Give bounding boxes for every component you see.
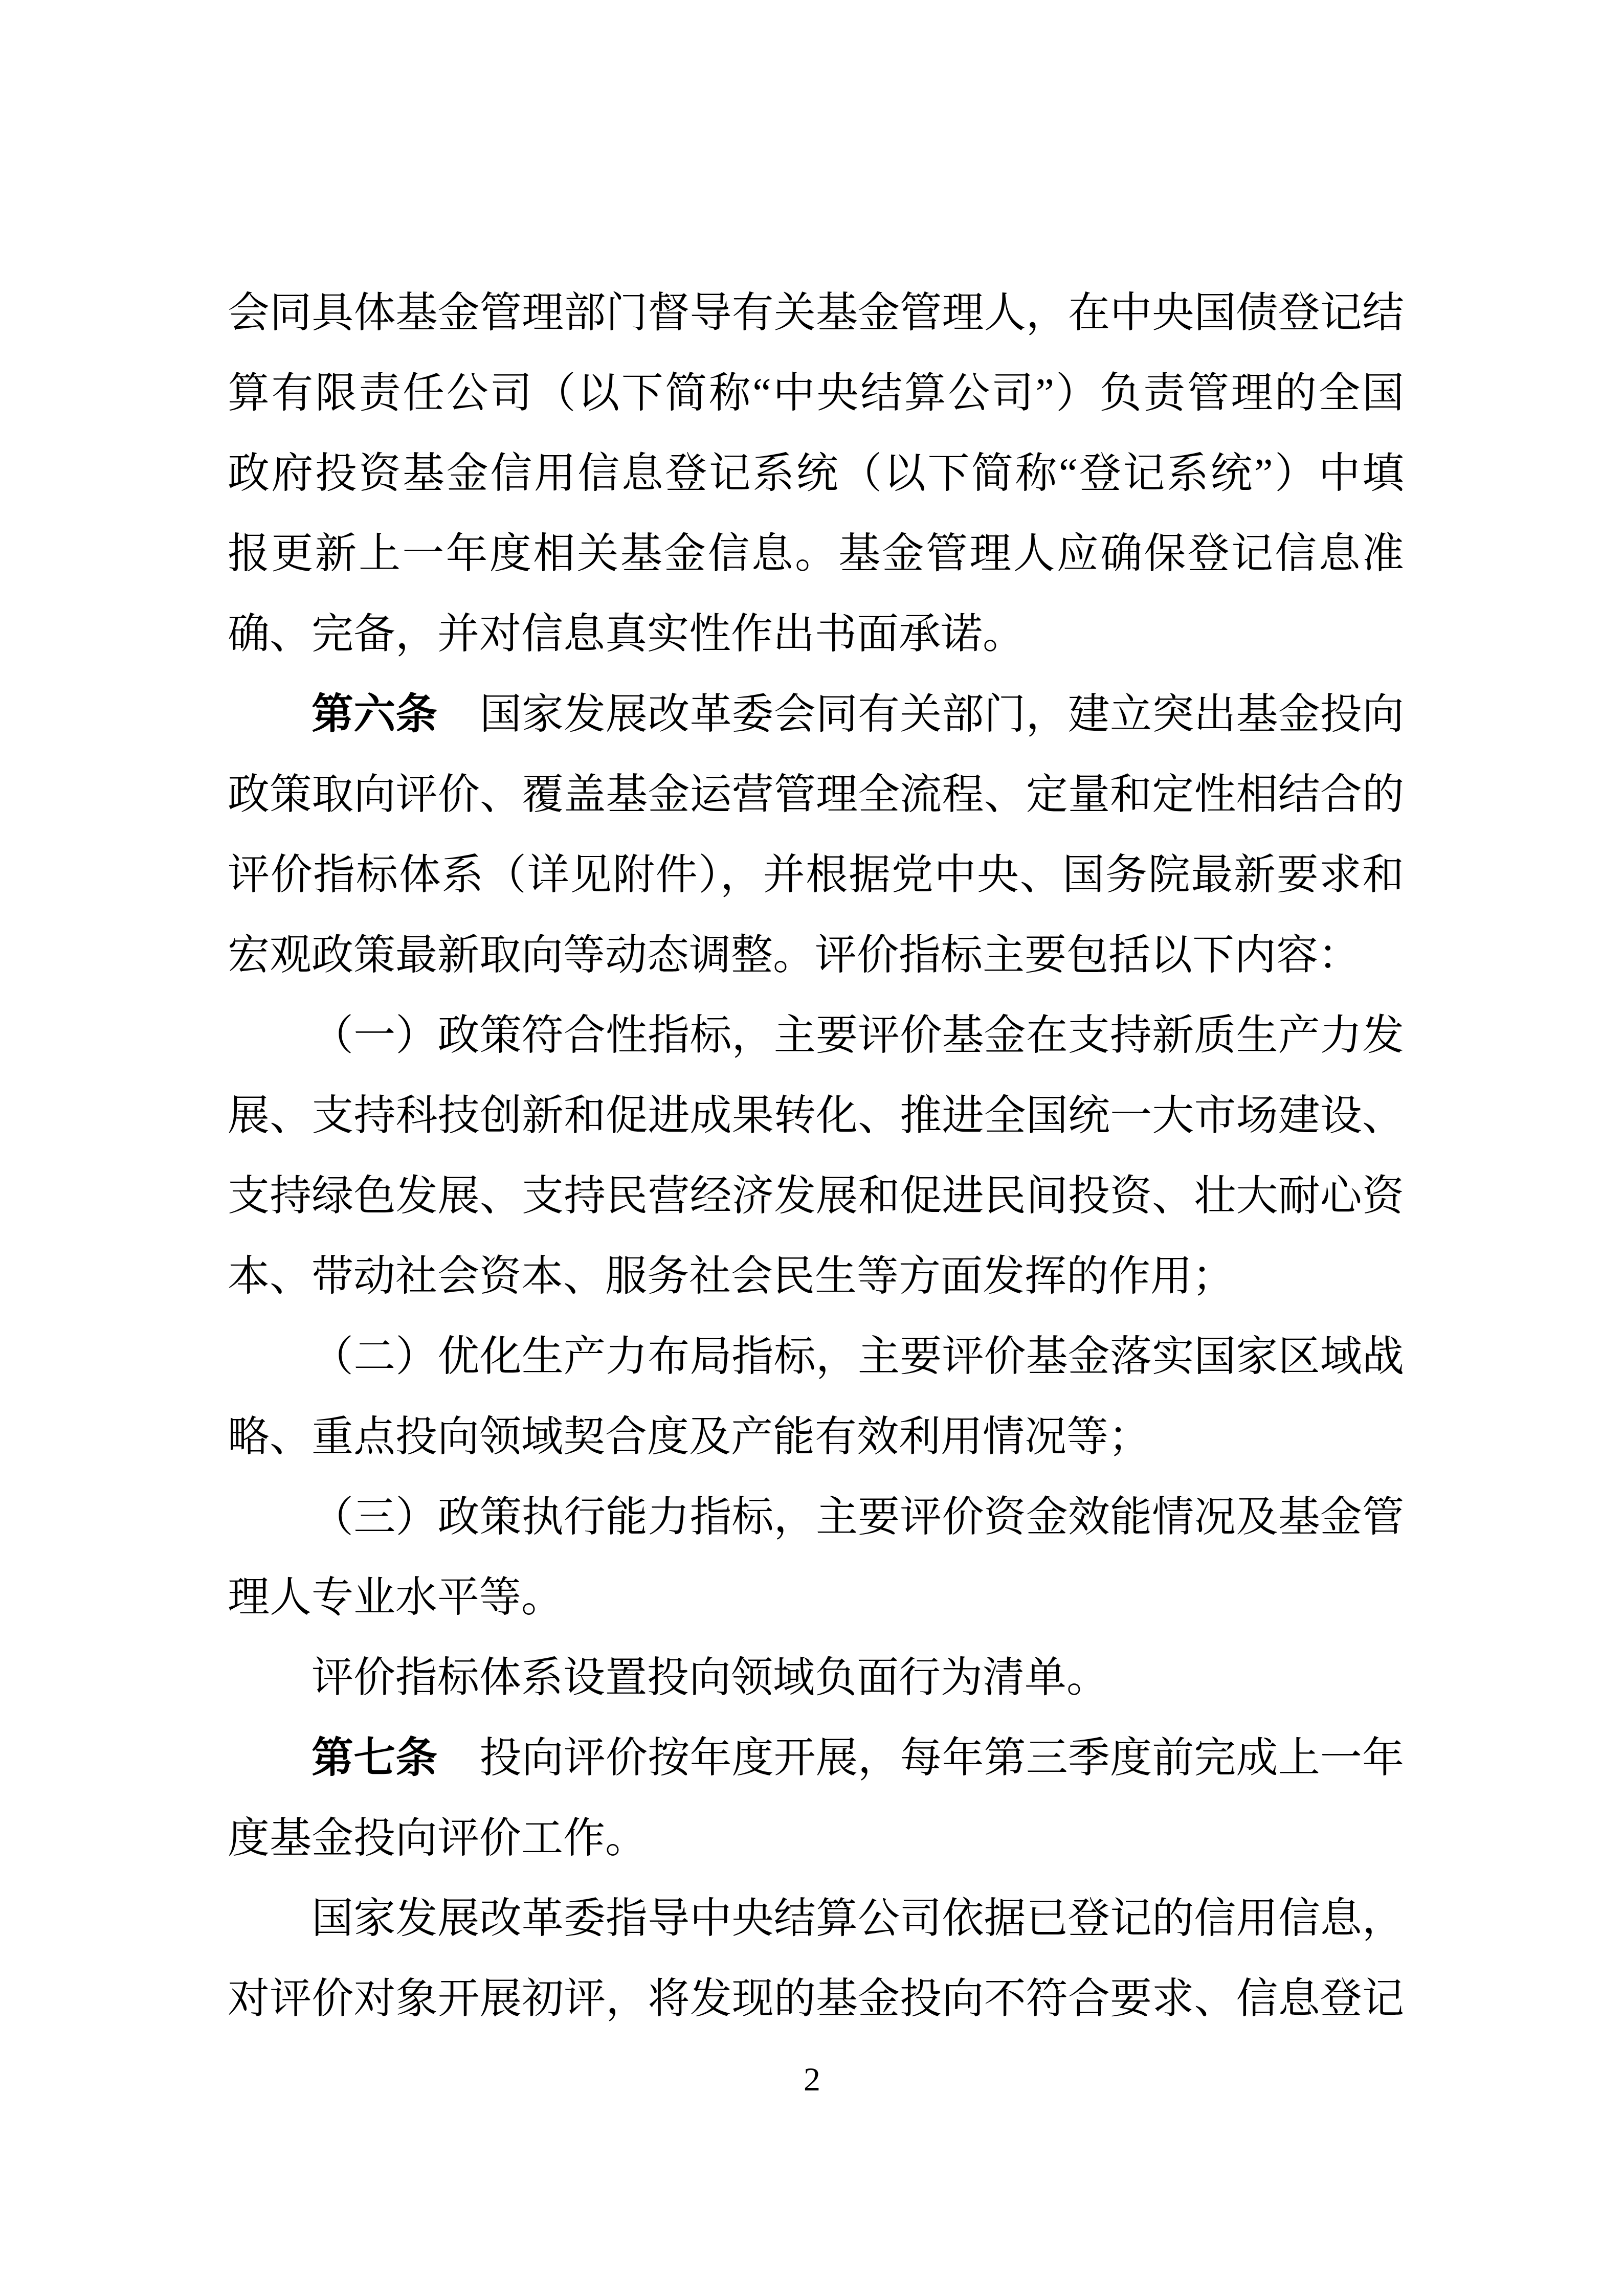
- text-line: 略、重点投向领域契合度及产能有效利用情况等；: [228, 1397, 1404, 1477]
- article-number: 第七条: [312, 1735, 437, 1781]
- body-text: 会同具体基金管理部门督导有关基金管理人，在中央国债登记结算有限责任公司（以下简称…: [228, 273, 1404, 2039]
- text-line: 宏观政策最新取向等动态调整。评价指标主要包括以下内容：: [228, 915, 1404, 995]
- page-number: 2: [0, 2062, 1624, 2098]
- text-line: 政策取向评价、覆盖基金运营管理全流程、定量和定性相结合的: [228, 754, 1404, 835]
- article-number: 第六条: [312, 691, 437, 737]
- text-line: （一）政策符合性指标，主要评价基金在支持新质生产力发: [228, 995, 1404, 1075]
- text-line: 第七条 投向评价按年度开展，每年第三季度前完成上一年: [228, 1718, 1404, 1798]
- text-line: 展、支持科技创新和促进成果转化、推进全国统一大市场建设、: [228, 1075, 1404, 1156]
- text-line: 理人专业水平等。: [228, 1557, 1404, 1637]
- text-line: 报更新上一年度相关基金信息。基金管理人应确保登记信息准: [228, 513, 1404, 594]
- text-line: 会同具体基金管理部门督导有关基金管理人，在中央国债登记结: [228, 273, 1404, 353]
- document-page: 会同具体基金管理部门督导有关基金管理人，在中央国债登记结算有限责任公司（以下简称…: [0, 0, 1624, 2296]
- text-line: 评价指标体系设置投向领域负面行为清单。: [228, 1637, 1404, 1718]
- text-line: 确、完备，并对信息真实性作出书面承诺。: [228, 594, 1404, 674]
- text-line: 支持绿色发展、支持民营经济发展和促进民间投资、壮大耐心资: [228, 1156, 1404, 1236]
- text-line: （二）优化生产力布局指标，主要评价基金落实国家区域战: [228, 1316, 1404, 1397]
- text-line: 本、带动社会资本、服务社会民生等方面发挥的作用；: [228, 1236, 1404, 1316]
- text-line: （三）政策执行能力指标，主要评价资金效能情况及基金管: [228, 1477, 1404, 1557]
- text-line: 第六条 国家发展改革委会同有关部门，建立突出基金投向: [228, 674, 1404, 754]
- text-line: 算有限责任公司（以下简称“中央结算公司”）负责管理的全国: [228, 353, 1404, 433]
- text-line: 评价指标体系（详见附件），并根据党中央、国务院最新要求和: [228, 835, 1404, 915]
- text-line: 对评价对象开展初评，将发现的基金投向不符合要求、信息登记: [228, 1959, 1404, 2039]
- text-line: 政府投资基金信用信息登记系统（以下简称“登记系统”）中填: [228, 433, 1404, 513]
- text-line: 度基金投向评价工作。: [228, 1798, 1404, 1878]
- text-line: 国家发展改革委指导中央结算公司依据已登记的信用信息，: [228, 1878, 1404, 1959]
